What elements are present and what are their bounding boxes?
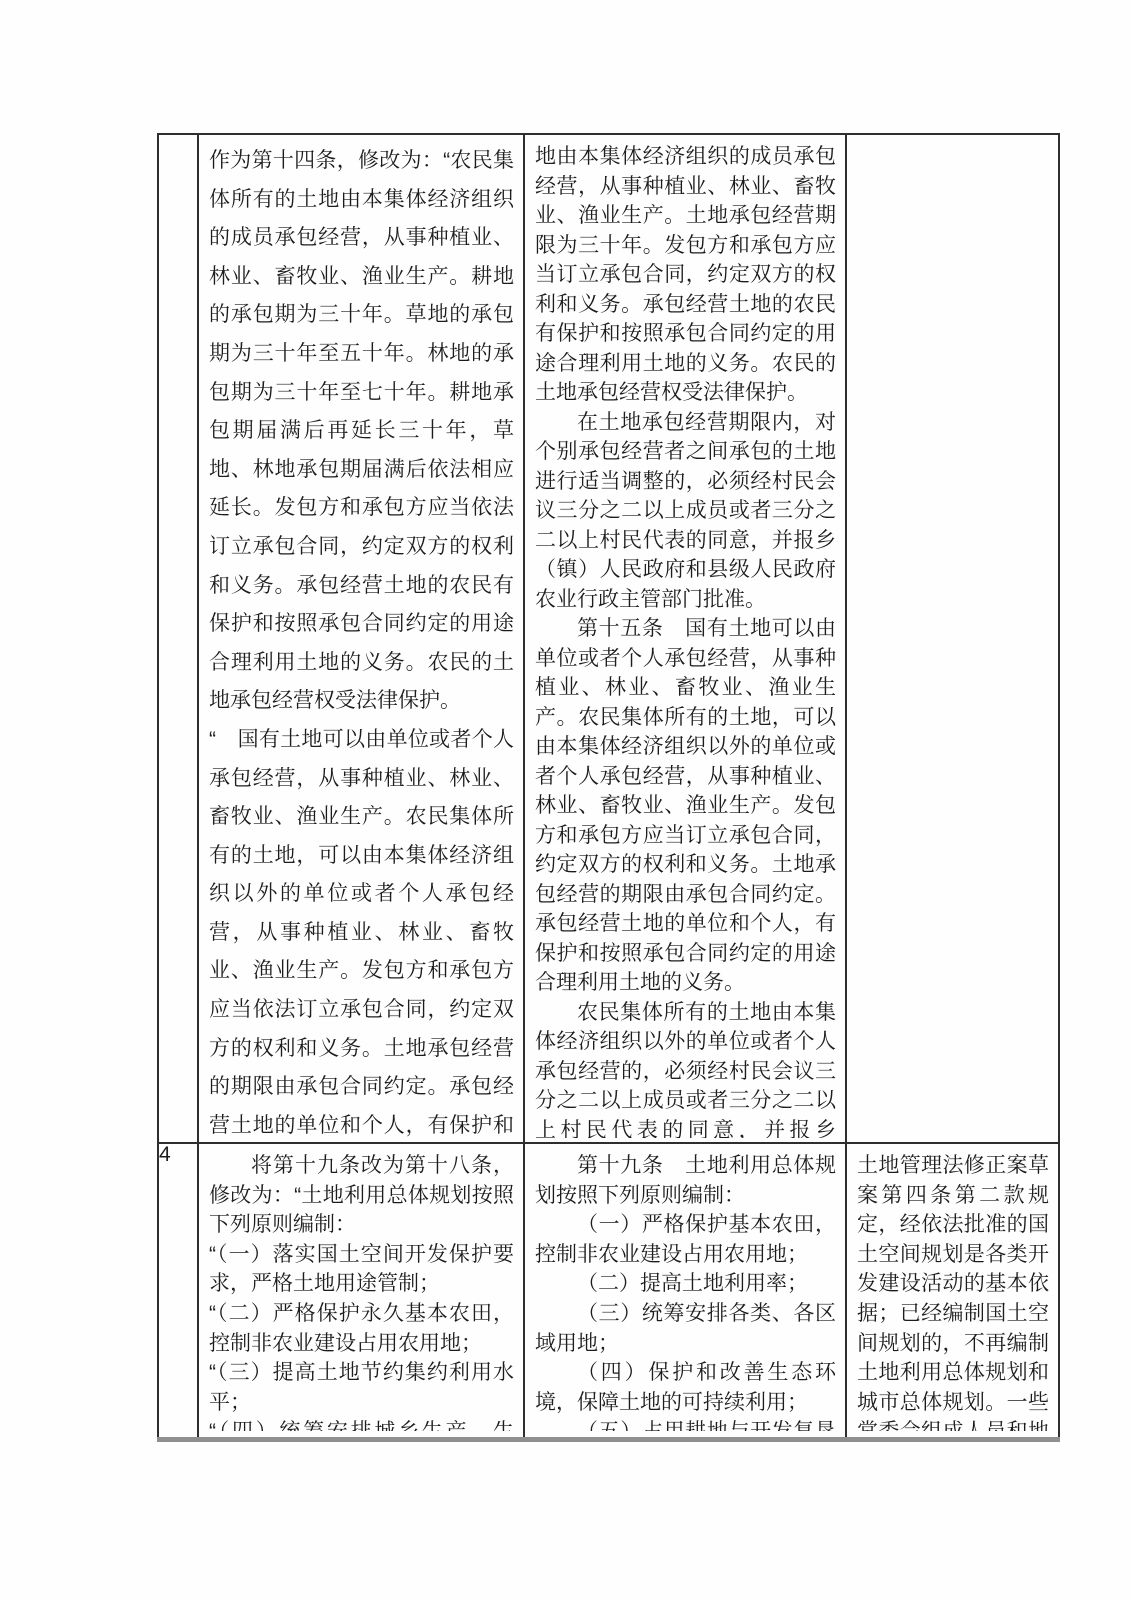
original-law-text-cell: 第十九条 土地利用总体规划按照下列原则编制： （一）严格保护基本农田，控制非农业… xyxy=(524,1143,846,1439)
amendment-paragraph: “ 国有土地可以由单位或者个人承包经营，从事种植业、林业、畜牧业、渔业生产。农民… xyxy=(209,721,514,1138)
original-paragraph: 第十五条 国有土地可以由单位或者个人承包经营，从事种植业、林业、畜牧业、渔业生产… xyxy=(535,614,836,998)
cell-content: 土地管理法修正案草案第四条第二款规定，经依法批准的国土空间规划是各类开发建设活动… xyxy=(847,1144,1058,1431)
cell-content: 作为第十四条，修改为：“农民集体所有的土地由本集体经济组织的成员承包经营，从事种… xyxy=(199,135,523,1138)
row-number-cell: 4 xyxy=(158,1143,198,1439)
original-paragraph: （二）提高土地利用率； xyxy=(535,1269,836,1299)
original-paragraph: （四）保护和改善生态环境，保障土地的可持续利用； xyxy=(535,1358,836,1417)
original-paragraph: 地由本集体经济组织的成员承包经营，从事种植业、林业、畜牧业、渔业生产。土地承包经… xyxy=(535,142,836,408)
amendment-paragraph: 将第十九条改为第十八条，修改为：“土地利用总体规划按照下列原则编制： xyxy=(209,1151,514,1240)
cell-content: 将第十九条改为第十八条，修改为：“土地利用总体规划按照下列原则编制： “（一）落… xyxy=(199,1144,523,1431)
comment-cell: 土地管理法修正案草案第四条第二款规定，经依法批准的国土空间规划是各类开发建设活动… xyxy=(846,1143,1059,1439)
original-paragraph: 农民集体所有的土地由本集体经济组织以外的单位或者个人承包经营的，必须经村民会议三… xyxy=(535,998,836,1139)
original-paragraph: （五）占用耕地与开发复垦耕 xyxy=(535,1417,836,1431)
amendment-text-cell: 将第十九条改为第十八条，修改为：“土地利用总体规划按照下列原则编制： “（一）落… xyxy=(198,1143,524,1439)
cell-content: 地由本集体经济组织的成员承包经营，从事种植业、林业、畜牧业、渔业生产。土地承包经… xyxy=(525,135,845,1138)
table-row: 作为第十四条，修改为：“农民集体所有的土地由本集体经济组织的成员承包经营，从事种… xyxy=(158,134,1059,1143)
original-paragraph: 在土地承包经营期限内，对个别承包经营者之间承包的土地进行适当调整的，必须经村民会… xyxy=(535,408,836,615)
amendment-paragraph: 作为第十四条，修改为：“农民集体所有的土地由本集体经济组织的成员承包经营，从事种… xyxy=(209,142,514,721)
document-page: 作为第十四条，修改为：“农民集体所有的土地由本集体经济组织的成员承包经营，从事种… xyxy=(0,0,1131,1600)
comment-cell xyxy=(846,134,1059,1143)
table-row: 4 将第十九条改为第十八条，修改为：“土地利用总体规划按照下列原则编制： “（一… xyxy=(158,1143,1059,1439)
amendment-paragraph: “（一）落实国土空间开发保护要求，严格土地用途管制； xyxy=(209,1240,514,1299)
cell-content: 第十九条 土地利用总体规划按照下列原则编制： （一）严格保护基本农田，控制非农业… xyxy=(525,1144,845,1431)
cell-content xyxy=(847,135,1058,1138)
original-law-text-cell: 地由本集体经济组织的成员承包经营，从事种植业、林业、畜牧业、渔业生产。土地承包经… xyxy=(524,134,846,1143)
row-number: 4 xyxy=(159,1143,171,1166)
amendment-paragraph: “（二）严格保护永久基本农田，控制非农业建设占用农用地； xyxy=(209,1299,514,1358)
original-paragraph: （三）统筹安排各类、各区域用地； xyxy=(535,1299,836,1358)
amendment-comparison-table: 作为第十四条，修改为：“农民集体所有的土地由本集体经济组织的成员承包经营，从事种… xyxy=(157,133,1060,1442)
row-number-cell xyxy=(158,134,198,1143)
amendment-paragraph: “（三）提高土地节约集约利用水平； xyxy=(209,1358,514,1417)
original-paragraph: （一）严格保护基本农田，控制非农业建设占用农用地； xyxy=(535,1210,836,1269)
amendment-paragraph: “（四）统筹安排城乡生产、生活、 xyxy=(209,1417,514,1431)
original-paragraph: 第十九条 土地利用总体规划按照下列原则编制： xyxy=(535,1151,836,1210)
comment-paragraph: 土地管理法修正案草案第四条第二款规定，经依法批准的国土空间规划是各类开发建设活动… xyxy=(857,1151,1049,1431)
amendment-text-cell: 作为第十四条，修改为：“农民集体所有的土地由本集体经济组织的成员承包经营，从事种… xyxy=(198,134,524,1143)
